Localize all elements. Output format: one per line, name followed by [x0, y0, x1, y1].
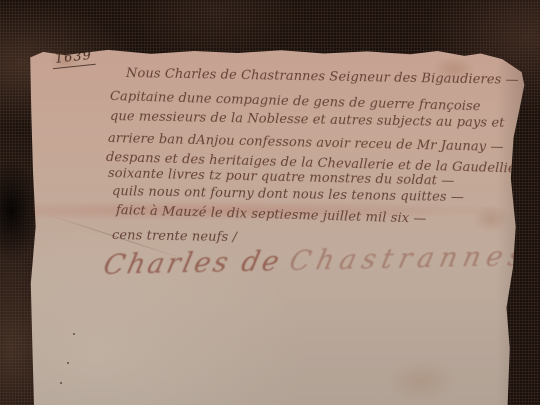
manuscript-paper: 1639 Nous Charles de Chastrannes Seigneu…: [0, 0, 540, 405]
ink-speck: [73, 333, 75, 335]
signature: Charles de Chastrannes: [100, 241, 531, 281]
signature-second-part: Chastrannes: [286, 241, 531, 277]
signature-first-part: Charles de: [100, 246, 284, 281]
ink-speck: [67, 362, 69, 364]
ink-speck: [60, 382, 62, 384]
manuscript-line: Nous Charles de Chastrannes Seigneur des…: [126, 66, 519, 88]
archival-date-annotation: 1639: [51, 48, 96, 69]
manuscript-line: cens trente neufs /: [112, 228, 237, 245]
photo-of-manuscript: 1639 Nous Charles de Chastrannes Seigneu…: [0, 0, 540, 405]
manuscript-line: faict à Mauzé le dix septiesme juillet m…: [116, 203, 427, 227]
